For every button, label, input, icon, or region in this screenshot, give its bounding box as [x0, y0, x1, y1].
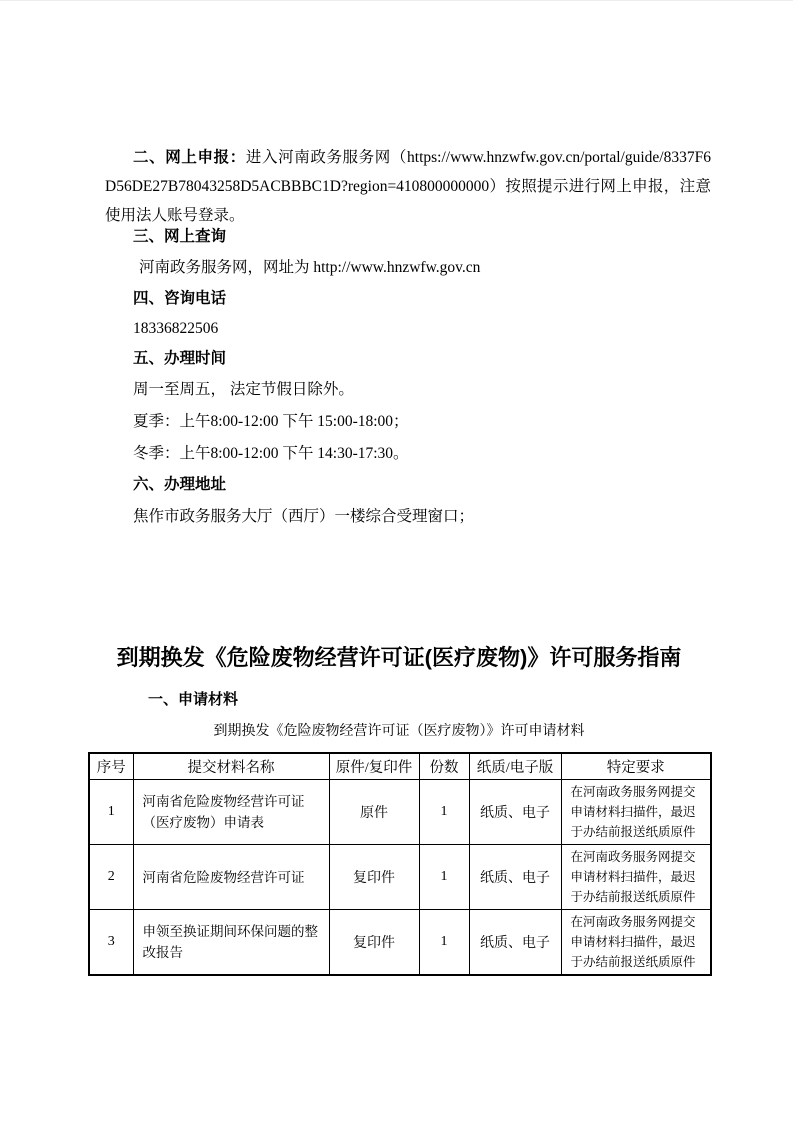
col-header-index: 序号 — [89, 753, 133, 780]
cell-requirement: 在河南政务服务网提交申请材料扫描件，最迟于办结前报送纸质原件 — [561, 845, 711, 910]
guide-title: 到期换发《危险废物经营许可证(医疗废物)》许可服务指南 — [88, 642, 710, 674]
heading-office-hours: 五、办理时间 — [133, 343, 226, 375]
cell-copies: 1 — [419, 780, 469, 845]
cell-index: 1 — [89, 780, 133, 845]
cell-original-or-copy: 复印件 — [329, 845, 419, 910]
col-header-original-or-copy: 原件/复印件 — [329, 753, 419, 780]
cell-material-name: 河南省危险废物经营许可证（医疗废物）申请表 — [133, 780, 329, 845]
cell-index: 3 — [89, 910, 133, 976]
col-header-requirement: 特定要求 — [561, 753, 711, 780]
cell-material-name: 河南省危险废物经营许可证 — [133, 845, 329, 910]
text-winter-hours: 冬季：上午8:00-12:00 下午 14:30-17:30。 — [133, 438, 409, 470]
cell-copies: 1 — [419, 910, 469, 976]
text-office-address: 焦作市政务服务大厅（西厅）一楼综合受理窗口； — [133, 501, 474, 533]
cell-format: 纸质、电子 — [469, 910, 561, 976]
col-header-material-name: 提交材料名称 — [133, 753, 329, 780]
table-header-row: 序号 提交材料名称 原件/复印件 份数 纸质/电子版 特定要求 — [89, 753, 711, 780]
text-phone-number: 18336822506 — [133, 313, 218, 345]
table-caption: 到期换发《危险废物经营许可证（医疗废物）》许可申请材料 — [88, 717, 710, 747]
heading-office-address: 六、办理地址 — [133, 469, 226, 501]
cell-original-or-copy: 原件 — [329, 780, 419, 845]
table-row: 3 申领至换证期间环保问题的整改报告 复印件 1 纸质、电子 在河南政务服务网提… — [89, 910, 711, 976]
text-summer-hours: 夏季：上午8:00-12:00 下午 15:00-18:00； — [133, 406, 409, 438]
cell-requirement: 在河南政务服务网提交申请材料扫描件，最迟于办结前报送纸质原件 — [561, 910, 711, 976]
para-online-declaration: 二、网上申报：进入河南政务服务网（https://www.hnzwfw.gov.… — [105, 143, 711, 230]
document-page: 二、网上申报：进入河南政务服务网（https://www.hnzwfw.gov.… — [0, 0, 793, 1122]
text-online-query-url: 河南政务服务网，网址为 http://www.hnzwfw.gov.cn — [139, 252, 480, 284]
cell-format: 纸质、电子 — [469, 780, 561, 845]
cell-original-or-copy: 复印件 — [329, 910, 419, 976]
table-row: 2 河南省危险废物经营许可证 复印件 1 纸质、电子 在河南政务服务网提交申请材… — [89, 845, 711, 910]
heading-online-declaration: 二、网上申报： — [133, 149, 246, 166]
heading-online-query: 三、网上查询 — [133, 221, 226, 253]
col-header-format: 纸质/电子版 — [469, 753, 561, 780]
cell-requirement: 在河南政务服务网提交申请材料扫描件，最迟于办结前报送纸质原件 — [561, 780, 711, 845]
heading-application-materials: 一、申请材料 — [148, 685, 238, 715]
table-row: 1 河南省危险废物经营许可证（医疗废物）申请表 原件 1 纸质、电子 在河南政务… — [89, 780, 711, 845]
cell-format: 纸质、电子 — [469, 845, 561, 910]
materials-table: 序号 提交材料名称 原件/复印件 份数 纸质/电子版 特定要求 1 河南省危险废… — [88, 752, 712, 976]
cell-material-name: 申领至换证期间环保问题的整改报告 — [133, 910, 329, 976]
cell-index: 2 — [89, 845, 133, 910]
cell-copies: 1 — [419, 845, 469, 910]
text-workdays: 周一至周五， 法定节假日除外。 — [133, 374, 354, 406]
heading-consult-phone: 四、咨询电话 — [133, 283, 226, 315]
col-header-copies: 份数 — [419, 753, 469, 780]
